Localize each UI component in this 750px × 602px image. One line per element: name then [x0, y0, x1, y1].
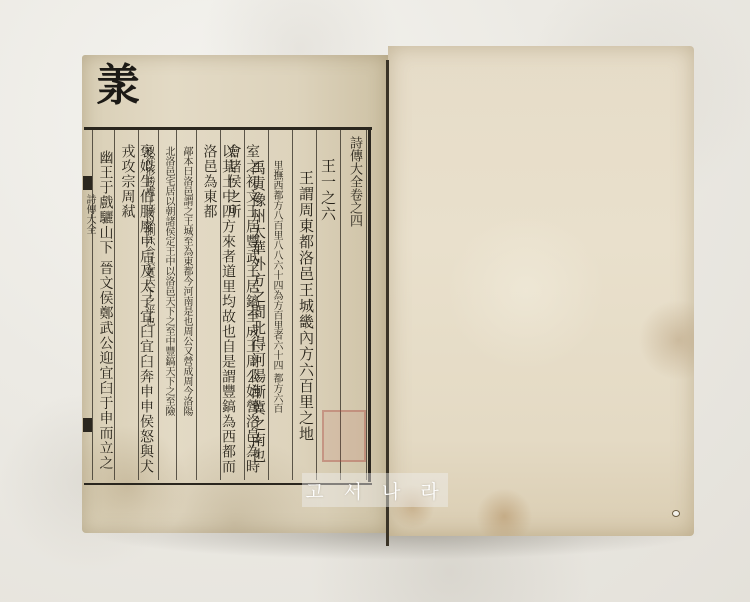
- watermark-char: 고: [305, 477, 329, 504]
- chapter-heading: 王一之六: [318, 158, 338, 222]
- fishtail-mark: [83, 176, 92, 190]
- fishtail-mark: [83, 418, 92, 432]
- text-column: 鄗本曰洛邑謂之王城至為東都今河南是也周公又營成周今洛陽: [180, 146, 193, 416]
- watermark-char: 나: [382, 477, 406, 504]
- text-column: 王謂周東都洛邑王城畿內方六百里之地: [296, 170, 316, 442]
- text-column: 以其土中四方來者道里均故也自是謂豐鎬為西都而洛邑為東都: [200, 144, 237, 483]
- column-rule: [92, 130, 93, 480]
- ownership-mark-character: 羕: [96, 64, 140, 108]
- text-column: 里撫西都方八百里八八六十四為方百里者六十四 都方六百: [270, 160, 283, 413]
- column-rule: [158, 130, 159, 480]
- column-rule: [268, 130, 269, 480]
- column-rule: [292, 130, 293, 480]
- column-rule: [176, 130, 177, 480]
- faded-red-seal: [322, 410, 366, 462]
- column-rule: [316, 130, 317, 480]
- block-border: [368, 130, 371, 482]
- text-column: 北洛邑宅居以朝諸侯定王中以洛邑天下之至中豐鎬天下之至險: [162, 146, 175, 416]
- text-column: 褒姒生伯服廢申后及太子宜臼宜臼奔申申侯怒與犬戎攻宗周弒: [118, 144, 155, 483]
- volume-title: 詩傳大全卷之四: [346, 136, 362, 227]
- watermark-char: 라: [420, 477, 444, 504]
- right-page-blank: [388, 46, 694, 536]
- margin-title: 詩傳大全: [82, 194, 97, 234]
- column-rule: [196, 130, 197, 480]
- text-column: 幽王于戲驪山下 晉文侯鄭武公迎宜臼于申而立之: [96, 150, 115, 470]
- watermark: 고 서 나 라: [302, 473, 448, 507]
- watermark-char: 서: [344, 477, 368, 504]
- binding-hole: [672, 510, 680, 517]
- column-rule: [366, 130, 367, 480]
